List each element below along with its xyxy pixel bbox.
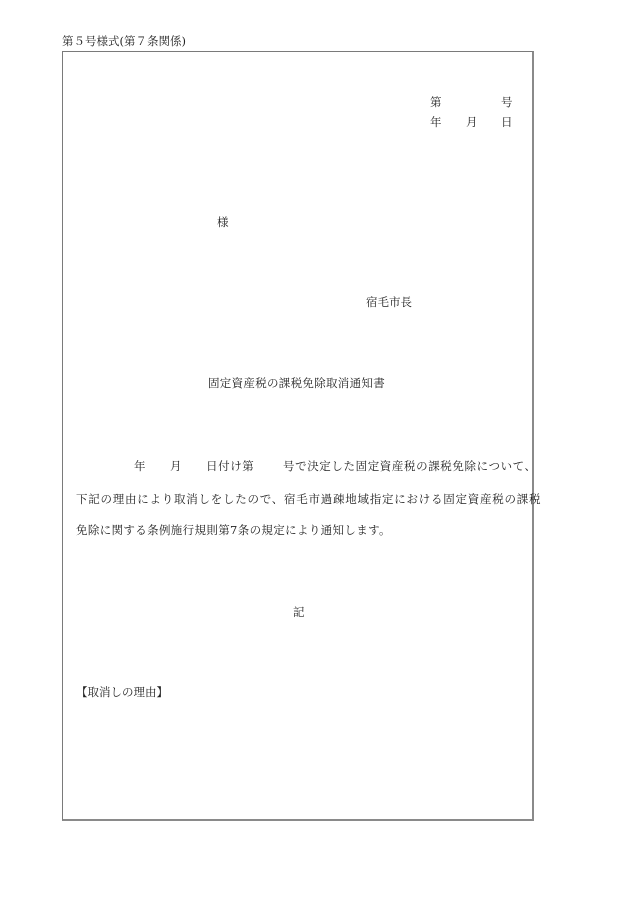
addressee-honorific: 様 (217, 214, 229, 230)
form-label: 第５号様式(第７条関係) (62, 33, 186, 49)
document-number-prefix: 第 (430, 94, 442, 110)
body-line2: 下記の理由により取消しをしたので、宿毛市過疎地域指定における固定資産税の課税 (76, 491, 541, 507)
body-line1-rest: 号で決定した固定資産税の課税免除について、 (283, 458, 537, 474)
reason-heading: 【取消しの理由】 (76, 684, 168, 700)
document-frame (62, 51, 534, 821)
date-day: 日 (501, 114, 513, 130)
document-title: 固定資産税の課税免除取消通知書 (208, 375, 385, 391)
body-day-no: 日付け第 (206, 458, 254, 474)
issuer-name: 宿毛市長 (366, 294, 412, 310)
body-line3: 免除に関する条例施行規則第7条の規定により通知します。 (76, 522, 391, 538)
date-year: 年 (430, 114, 442, 130)
ki-heading: 記 (293, 604, 305, 620)
date-month: 月 (466, 114, 478, 130)
body-year: 年 (134, 458, 146, 474)
body-month: 月 (170, 458, 182, 474)
document-number-suffix: 号 (501, 94, 513, 110)
